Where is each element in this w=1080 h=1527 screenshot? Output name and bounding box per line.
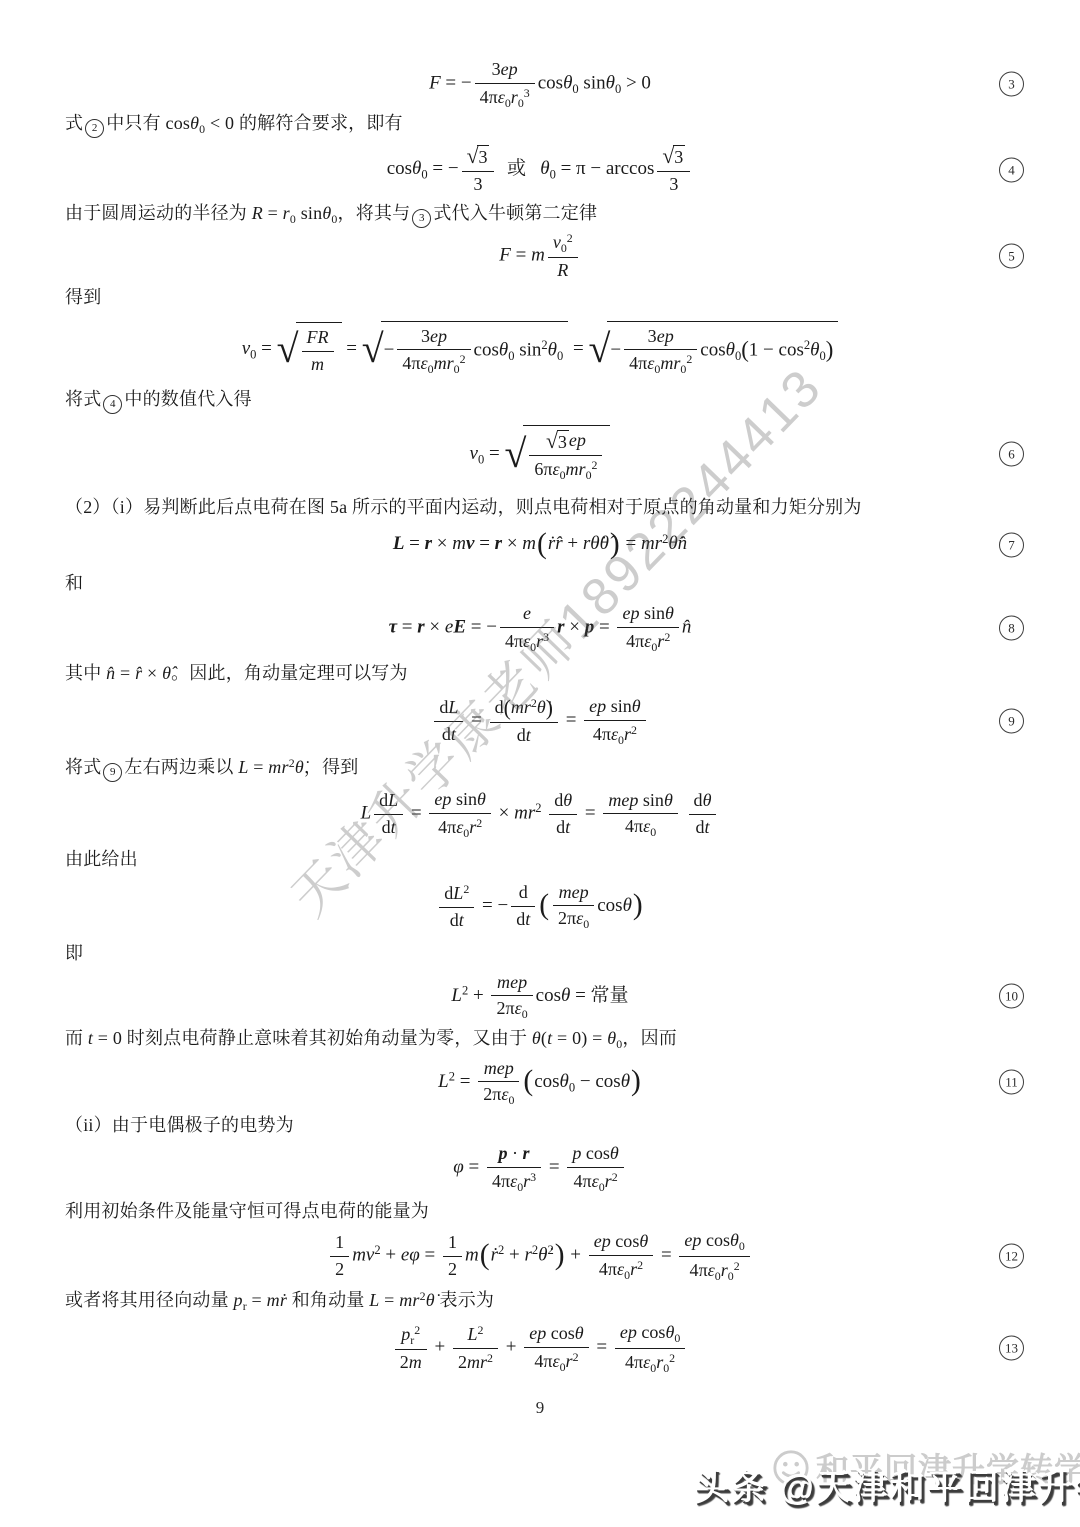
text-content: 利用初始条件及能量守恒可得点电荷的能量为 — [65, 1200, 429, 1223]
text-line: （ii）由于电偶极子的电势为 — [0, 1110, 1080, 1140]
equation-line: LdLdt = ep sinθ4πε0r2 × mr2 dθdt = mep s… — [0, 784, 1080, 844]
document-body: F = −3ep4πε0r03cosθ0 sinθ0 > 03式2中只有 cos… — [0, 0, 1080, 1380]
text-content: （2）（i）易判断此后点电荷在图 5a 所示的平面内运动，则点电荷相对于原点的角… — [65, 496, 862, 519]
document-page: F = −3ep4πε0r03cosθ0 sinθ0 > 03式2中只有 cos… — [0, 0, 1080, 1527]
equation-content: v0 = √√3ep6πε0mr02 — [470, 425, 611, 484]
equation-content: F = mv02R — [499, 230, 580, 282]
text-line: 将式4中的数值代入得 — [0, 386, 1080, 416]
equation-line: 12mv2 + eφ = 12m(ṙ2 + r2θ̇2) + ep cosθ4π… — [0, 1226, 1080, 1286]
equation-line: F = −3ep4πε0r03cosθ0 sinθ0 > 03 — [0, 58, 1080, 110]
equation-line: pr22m + L22mr2 + ep cosθ4πε0r2 = ep cosθ… — [0, 1316, 1080, 1380]
equation-line: dL2dt = −ddt(mep2πε0cosθ) — [0, 874, 1080, 938]
equation-number: 4 — [999, 158, 1024, 183]
text-content: 其中 n̂ = r̂ × θ̂。因此，角动量定理可以写为 — [65, 662, 408, 685]
equation-content: L2 + mep2πε0cosθ = 常量 — [451, 971, 628, 1022]
text-line: 或者将其用径向动量 pr = mṙ 和角动量 L = mr2θ̇ 表示为 — [0, 1286, 1080, 1316]
text-line: 由于圆周运动的半径为 R = r0 sinθ0，将其与3式代入牛顿第二定律 — [0, 200, 1080, 230]
text-line: 利用初始条件及能量守恒可得点电荷的能量为 — [0, 1196, 1080, 1226]
equation-content: F = −3ep4πε0r03cosθ0 sinθ0 > 0 — [429, 58, 651, 110]
equation-number: 3 — [999, 72, 1024, 97]
equation-content: L = r × mv = r × m(ṙr̂ + rθ̇θ̂) = mr2θ̇n… — [393, 530, 687, 559]
equation-content: v0 = √FRm = √−3ep4πε0mr02cosθ0 sin2θ0 = … — [242, 321, 839, 378]
equation-number: 10 — [999, 984, 1024, 1009]
text-content: 得到 — [65, 286, 101, 309]
equation-content: dLdt = d(mr2θ̇)dt = ep sinθ4πε0r2 — [431, 695, 648, 747]
equation-content: φ = p · r4πε0r3 = p cosθ4πε0r2 — [453, 1142, 627, 1194]
equation-content: dL2dt = −ddt(mep2πε0cosθ) — [436, 881, 643, 932]
text-content: 即 — [65, 942, 83, 965]
text-line: 即 — [0, 938, 1080, 968]
equation-number: 5 — [999, 244, 1024, 269]
equation-content: pr22m + L22mr2 + ep cosθ4πε0r2 = ep cosθ… — [392, 1321, 689, 1375]
equation-number: 6 — [999, 442, 1024, 467]
equation-number: 7 — [999, 533, 1024, 558]
equation-line: v0 = √√3ep6πε0mr026 — [0, 416, 1080, 492]
equation-number: 13 — [999, 1336, 1024, 1361]
page-number: 9 — [0, 1398, 1080, 1418]
text-line: 将式9左右两边乘以 L = mr2θ̇，得到 — [0, 754, 1080, 784]
equation-line: v0 = √FRm = √−3ep4πε0mr02cosθ0 sin2θ0 = … — [0, 312, 1080, 386]
equation-line: dLdt = d(mr2θ̇)dt = ep sinθ4πε0r29 — [0, 688, 1080, 754]
text-line: 得到 — [0, 282, 1080, 312]
equation-content: 12mv2 + eφ = 12m(ṙ2 + r2θ̇2) + ep cosθ4π… — [327, 1229, 753, 1283]
text-content: 式2中只有 cosθ0 < 0 的解符合要求，即有 — [65, 112, 403, 138]
text-line: 和 — [0, 568, 1080, 598]
text-line: （2）（i）易判断此后点电荷在图 5a 所示的平面内运动，则点电荷相对于原点的角… — [0, 492, 1080, 522]
equation-number: 12 — [999, 1244, 1024, 1269]
text-content: 由于圆周运动的半径为 R = r0 sinθ0，将其与3式代入牛顿第二定律 — [65, 202, 597, 228]
equation-number: 8 — [999, 616, 1024, 641]
equation-line: φ = p · r4πε0r3 = p cosθ4πε0r2 — [0, 1140, 1080, 1196]
text-line: 式2中只有 cosθ0 < 0 的解符合要求，即有 — [0, 110, 1080, 140]
equation-content: LdLdt = ep sinθ4πε0r2 × mr2 dθdt = mep s… — [361, 788, 720, 840]
equation-line: F = mv02R5 — [0, 230, 1080, 282]
text-content: 由此给出 — [65, 848, 138, 871]
text-content: （ii）由于电偶极子的电势为 — [65, 1114, 294, 1137]
equation-content: τ = r × eE = −e4πε0r3r × p = ep sinθ4πε0… — [389, 602, 692, 654]
text-content: 而 t = 0 时刻点电荷静止意味着其初始角动量为零，又由于 θ(t = 0) … — [65, 1027, 677, 1052]
text-line: 其中 n̂ = r̂ × θ̂。因此，角动量定理可以写为 — [0, 658, 1080, 688]
text-content: 和 — [65, 572, 83, 595]
equation-line: L2 + mep2πε0cosθ = 常量10 — [0, 968, 1080, 1024]
equation-line: L = r × mv = r × m(ṙr̂ + rθ̇θ̂) = mr2θ̇n… — [0, 522, 1080, 568]
text-content: 将式9左右两边乘以 L = mr2θ̇，得到 — [65, 756, 359, 782]
equation-content: cosθ0 = −√33 或 θ0 = π − arccos√33 — [387, 144, 694, 195]
text-line: 而 t = 0 时刻点电荷静止意味着其初始角动量为零，又由于 θ(t = 0) … — [0, 1024, 1080, 1054]
equation-content: L2 = mep2πε0(cosθ0 − cosθ) — [438, 1057, 642, 1108]
text-content: 将式4中的数值代入得 — [65, 388, 252, 414]
footer-byline-watermark: 头条 @天津和平回津升学转学 — [694, 1460, 1080, 1510]
equation-line: L2 = mep2πε0(cosθ0 − cosθ)11 — [0, 1054, 1080, 1110]
equation-number: 9 — [999, 709, 1024, 734]
equation-number: 11 — [999, 1070, 1024, 1095]
text-line: 由此给出 — [0, 844, 1080, 874]
equation-line: τ = r × eE = −e4πε0r3r × p = ep sinθ4πε0… — [0, 598, 1080, 658]
equation-line: cosθ0 = −√33 或 θ0 = π − arccos√334 — [0, 140, 1080, 200]
text-content: 或者将其用径向动量 pr = mṙ 和角动量 L = mr2θ̇ 表示为 — [65, 1289, 494, 1314]
